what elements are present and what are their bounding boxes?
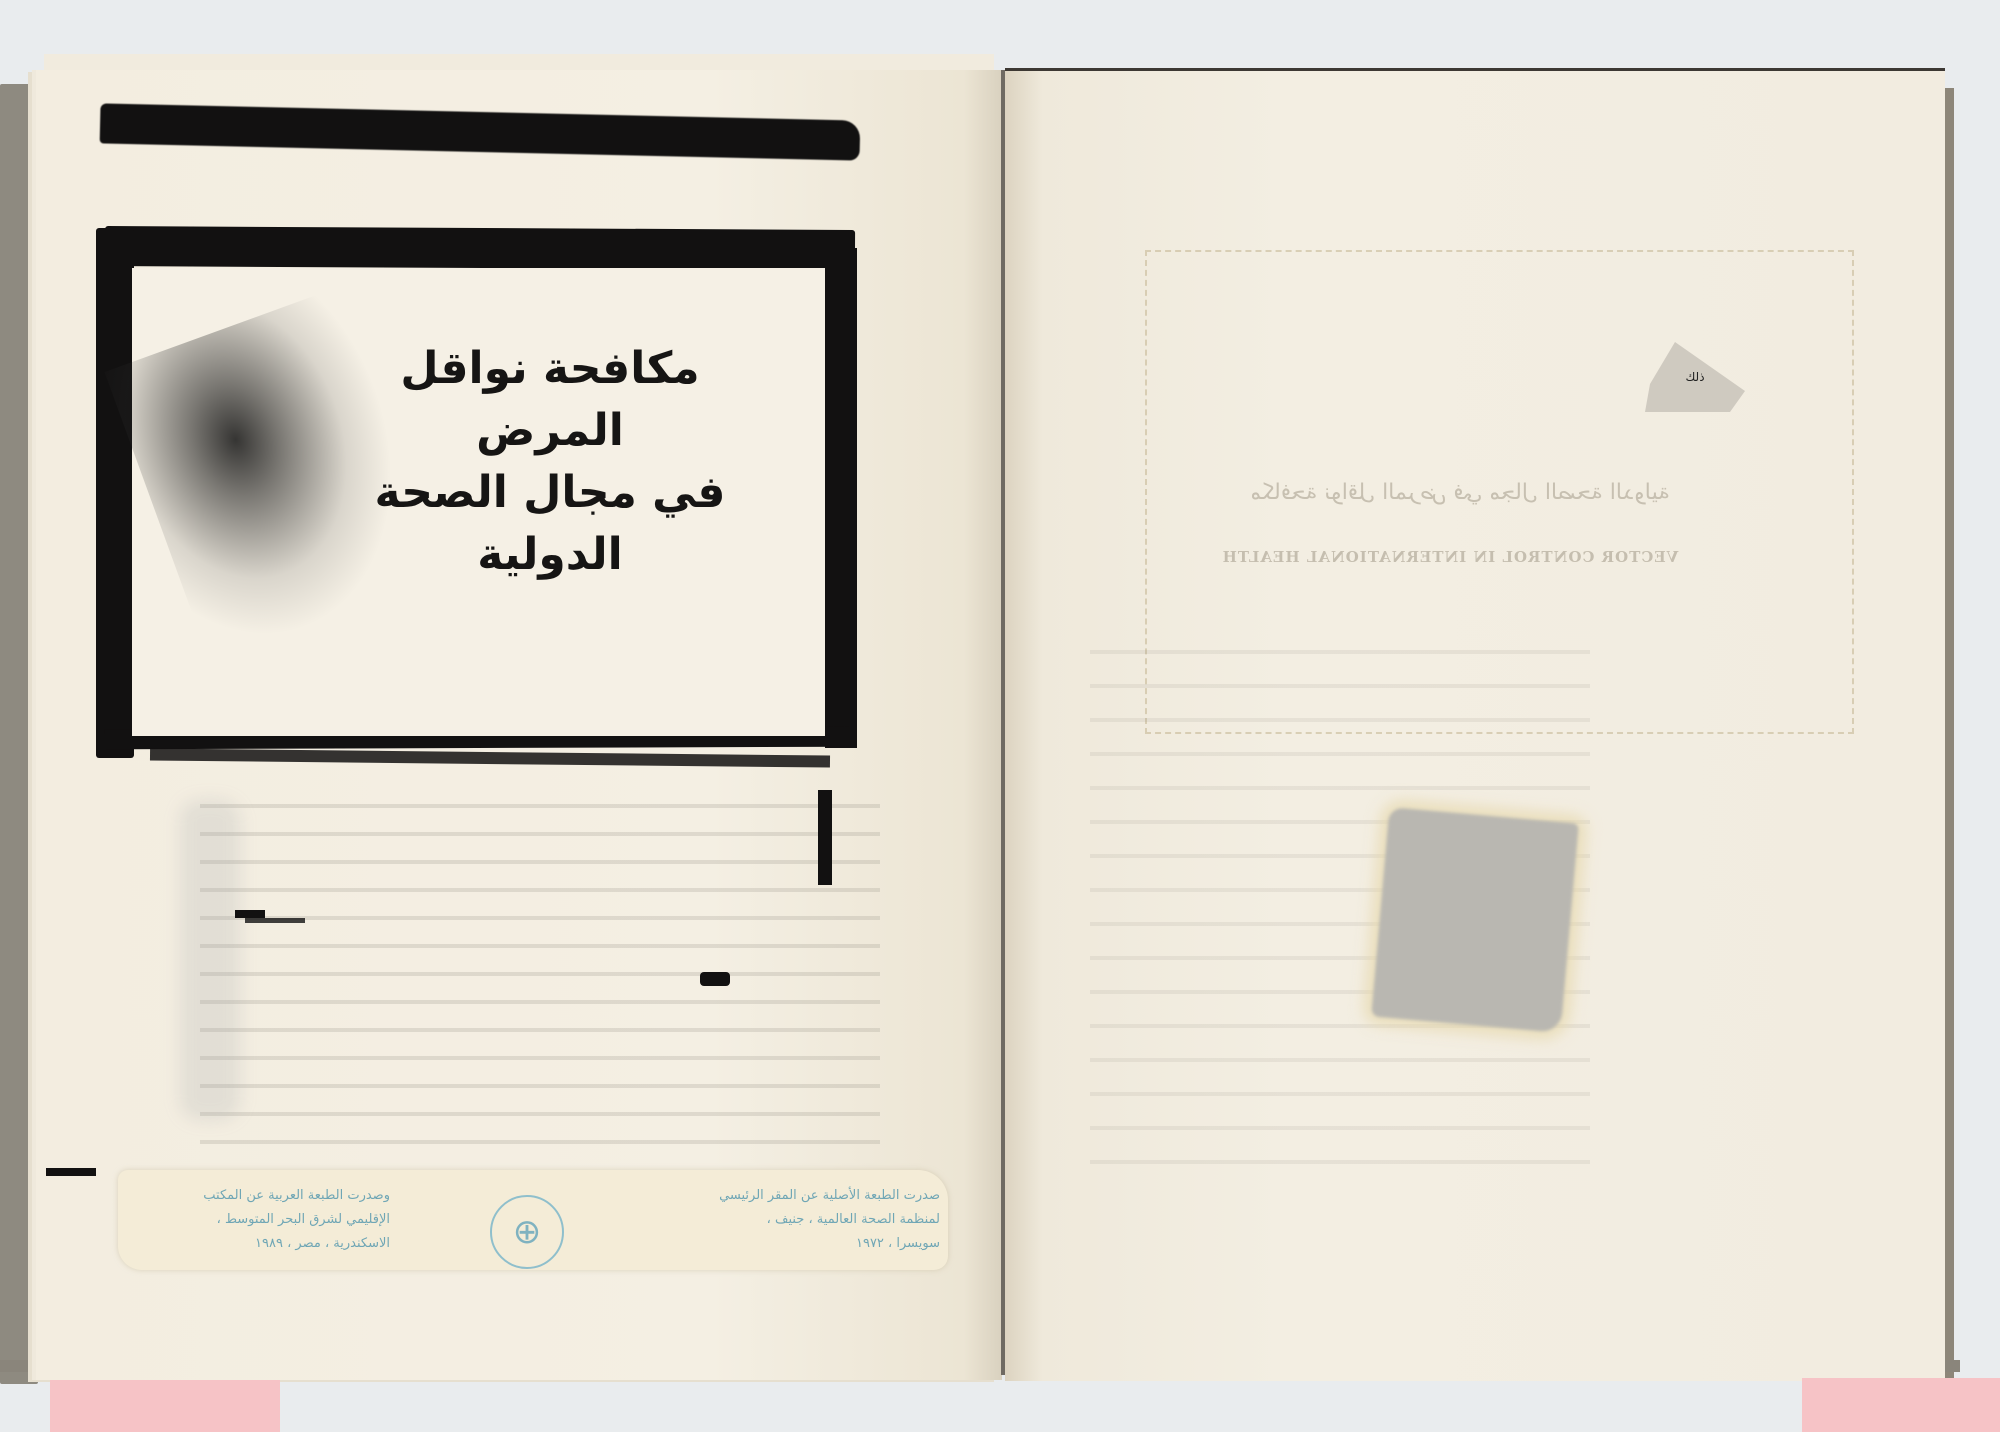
pink-tab-right xyxy=(1802,1378,2000,1432)
colophon-arabic-edition: وصدرت الطبعة العربية عن المكتب الإقليمي … xyxy=(140,1184,390,1256)
colophon-line: الإقليمي لشرق البحر المتوسط ، xyxy=(140,1208,390,1232)
colophon-original-edition: صدرت الطبعة الأصلية عن المقر الرئيسي لمن… xyxy=(700,1184,940,1256)
colophon-line: سويسرا ، ١٩٧٢ xyxy=(700,1232,940,1256)
colophon-line: وصدرت الطبعة العربية عن المكتب xyxy=(140,1184,390,1208)
ink-frame-top xyxy=(105,226,855,270)
show-through-title-arabic: مكافحة نواقل المرض في مجال الصحة الدولية xyxy=(1180,480,1740,505)
pink-tab-left xyxy=(50,1380,280,1432)
colophon-line: لمنظمة الصحة العالمية ، جنيف ، xyxy=(700,1208,940,1232)
ink-stroke xyxy=(818,790,832,885)
ink-mark xyxy=(46,1168,96,1176)
show-through-text-left xyxy=(200,780,880,1160)
page-title: مكافحة نواقل المرض في مجال الصحة الدولية xyxy=(360,338,740,586)
ink-mark xyxy=(235,910,265,918)
ink-frame-right xyxy=(825,248,857,748)
ink-mark xyxy=(245,918,305,923)
ink-mark xyxy=(700,972,730,986)
who-emblem-icon: ⊕ xyxy=(490,1195,564,1269)
colophon-line: الاسكندرية ، مصر ، ١٩٨٩ xyxy=(140,1232,390,1256)
colophon-line: صدرت الطبعة الأصلية عن المقر الرئيسي xyxy=(700,1184,940,1208)
tape-residue-patch xyxy=(1371,807,1579,1033)
book-cover-left xyxy=(0,84,38,1384)
show-through-title-english: VECTOR CONTROL IN INTERNATIONAL HEALTH xyxy=(1190,548,1710,566)
ink-frame-left xyxy=(96,228,134,758)
title-line-1: مكافحة نواقل المرض xyxy=(360,338,740,462)
title-line-2: في مجال الصحة xyxy=(360,462,740,524)
book-spine xyxy=(1001,70,1005,1375)
stain xyxy=(180,800,240,1120)
title-line-3: الدولية xyxy=(360,524,740,586)
